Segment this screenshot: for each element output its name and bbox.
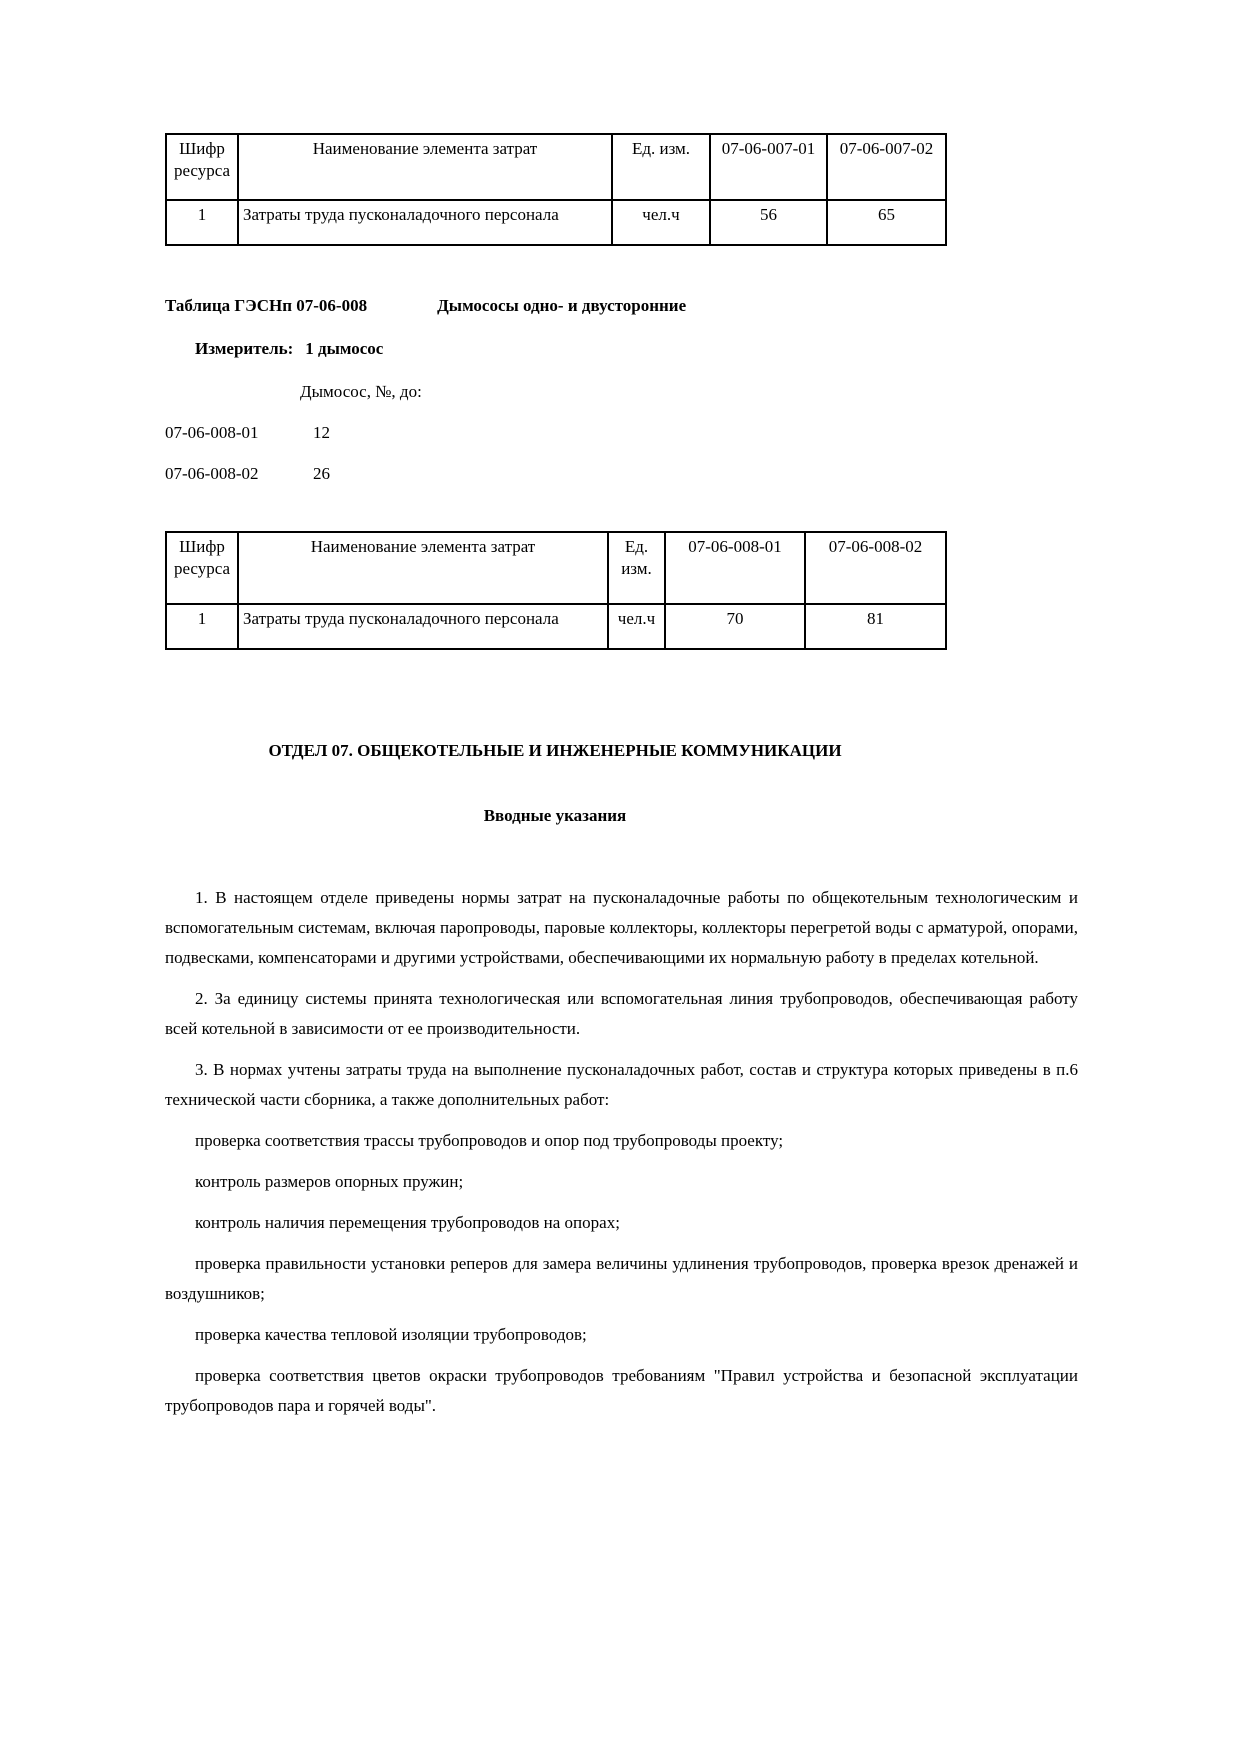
- document-page: Шифр ресурса Наименование элемента затра…: [0, 0, 1240, 1755]
- paragraph: 1. В настоящем отделе приведены нормы за…: [165, 883, 1078, 973]
- paragraph: 2. За единицу системы принята технологич…: [165, 984, 1078, 1044]
- header-cost-element: Наименование элемента затрат: [238, 532, 608, 604]
- measure-line: Измеритель:1 дымосос: [165, 338, 1078, 360]
- cell-cost-element: Затраты труда пусконаладочного персонала: [238, 200, 612, 245]
- measure-label: Измеритель:: [195, 339, 293, 358]
- cell-value-008-01: 70: [665, 604, 805, 649]
- header-unit: Ед. изм.: [608, 532, 665, 604]
- cell-resource-code: 1: [166, 604, 238, 649]
- table-caption-number: Таблица ГЭСНп 07-06-008: [165, 296, 367, 315]
- variant-code: 07-06-008-02: [165, 463, 313, 485]
- cell-value-007-02: 65: [827, 200, 946, 245]
- header-cost-element: Наименование элемента затрат: [238, 134, 612, 200]
- cell-unit: чел.ч: [608, 604, 665, 649]
- header-norm-008-01: 07-06-008-01: [665, 532, 805, 604]
- section-heading: ОТДЕЛ 07. ОБЩЕКОТЕЛЬНЫЕ И ИНЖЕНЕРНЫЕ КОМ…: [165, 740, 945, 762]
- variant-value: 12: [313, 422, 330, 444]
- measure-value: 1 дымосос: [305, 339, 383, 358]
- cell-value-007-01: 56: [710, 200, 827, 245]
- table-caption: Таблица ГЭСНп 07-06-008Дымососы одно- и …: [165, 295, 1078, 317]
- paragraph: 3. В нормах учтены затраты труда на выпо…: [165, 1055, 1078, 1115]
- paragraph: контроль размеров опорных пружин;: [165, 1167, 1078, 1197]
- cost-table-008: Шифр ресурса Наименование элемента затра…: [165, 531, 947, 650]
- paragraph: проверка правильности установки реперов …: [165, 1249, 1078, 1309]
- variant-code: 07-06-008-01: [165, 422, 313, 444]
- cell-cost-element: Затраты труда пусконаладочного персонала: [238, 604, 608, 649]
- table-row: 1 Затраты труда пусконаладочного персона…: [166, 200, 946, 245]
- paragraph: проверка качества тепловой изоляции труб…: [165, 1320, 1078, 1350]
- cell-unit: чел.ч: [612, 200, 710, 245]
- table-header-row: Шифр ресурса Наименование элемента затра…: [166, 134, 946, 200]
- cost-table-007: Шифр ресурса Наименование элемента затра…: [165, 133, 947, 246]
- table-header-row: Шифр ресурса Наименование элемента затра…: [166, 532, 946, 604]
- variant-row: 07-06-008-02 26: [165, 463, 1078, 485]
- header-resource-code: Шифр ресурса: [166, 532, 238, 604]
- paragraph: проверка соответствия трассы трубопровод…: [165, 1126, 1078, 1156]
- intro-subheading: Вводные указания: [165, 805, 945, 827]
- intro-text: 1. В настоящем отделе приведены нормы за…: [165, 883, 1078, 1421]
- variant-row: 07-06-008-01 12: [165, 422, 1078, 444]
- table-row: 1 Затраты труда пусконаладочного персона…: [166, 604, 946, 649]
- header-norm-008-02: 07-06-008-02: [805, 532, 946, 604]
- header-norm-007-02: 07-06-007-02: [827, 134, 946, 200]
- cell-resource-code: 1: [166, 200, 238, 245]
- header-resource-code: Шифр ресурса: [166, 134, 238, 200]
- header-unit: Ед. изм.: [612, 134, 710, 200]
- size-param-header: Дымосос, №, до:: [165, 381, 1078, 403]
- paragraph: контроль наличия перемещения трубопровод…: [165, 1208, 1078, 1238]
- variant-value: 26: [313, 463, 330, 485]
- header-norm-007-01: 07-06-007-01: [710, 134, 827, 200]
- cell-value-008-02: 81: [805, 604, 946, 649]
- table-caption-title: Дымососы одно- и двусторонние: [437, 296, 686, 315]
- paragraph: проверка соответствия цветов окраски тру…: [165, 1361, 1078, 1421]
